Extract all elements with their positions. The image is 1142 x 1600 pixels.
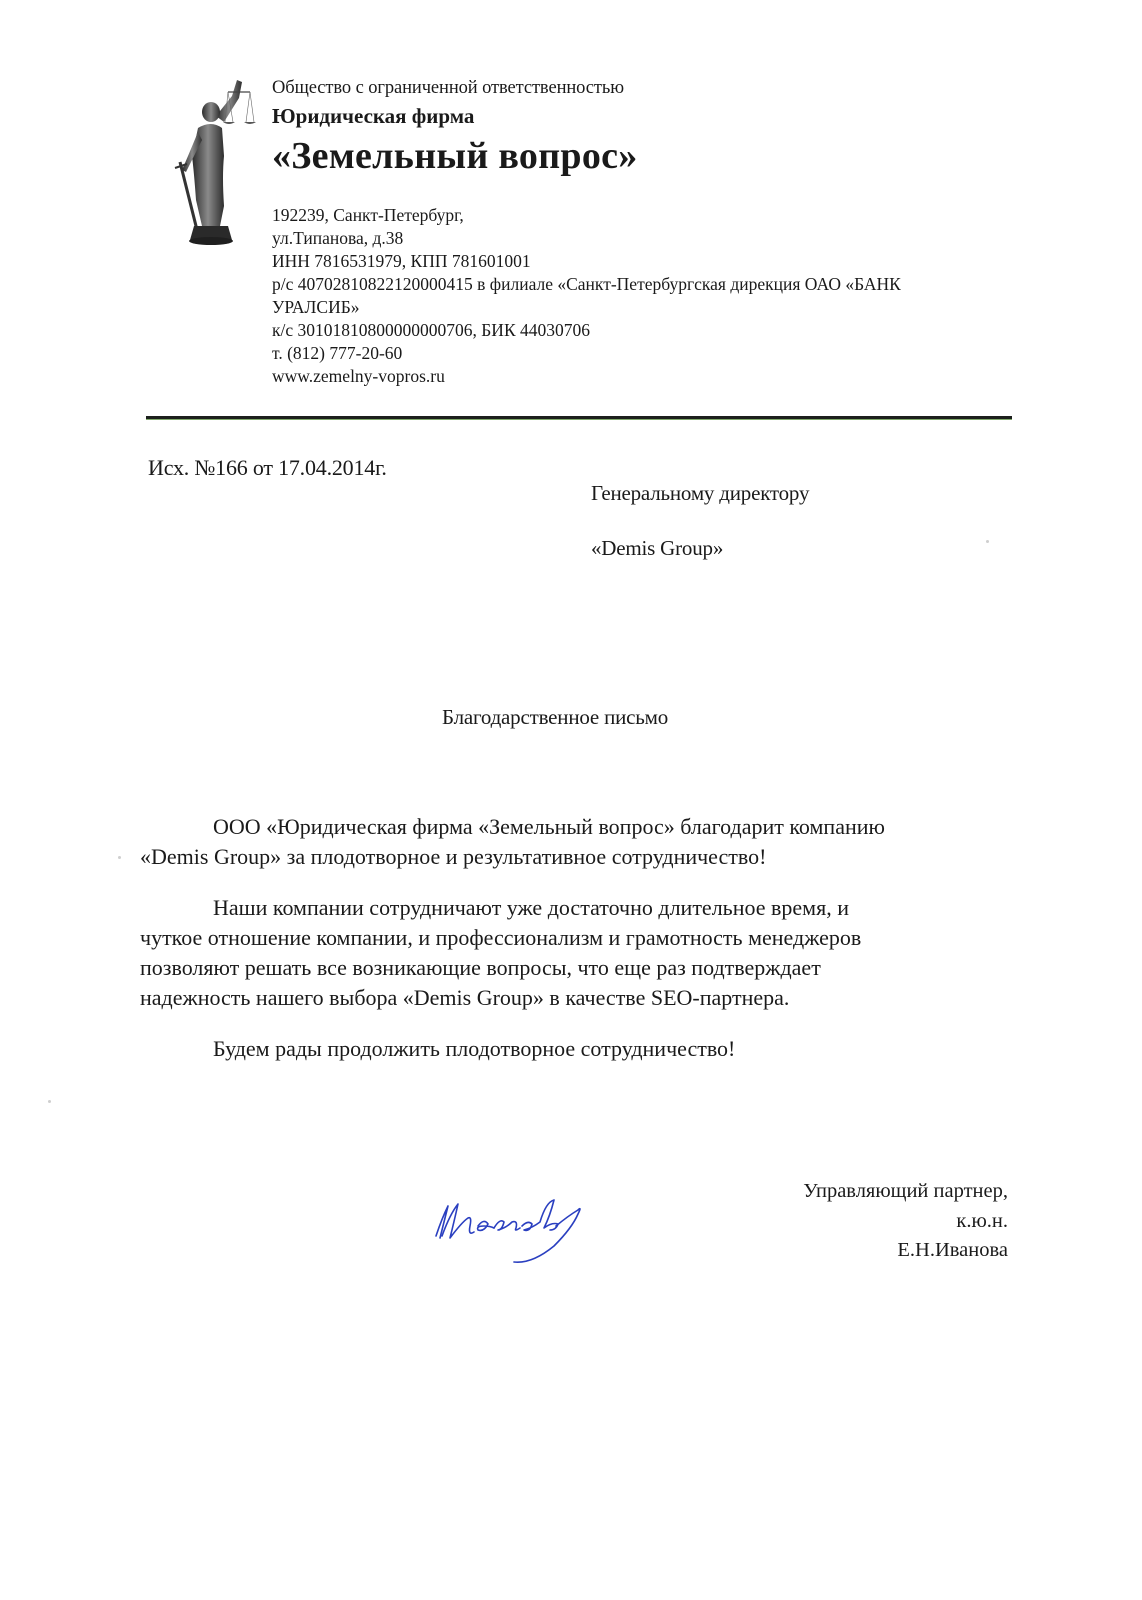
bank-name-line: УРАЛСИБ» — [272, 296, 360, 319]
address-line: 192239, Санкт-Петербург, — [272, 204, 464, 227]
signatory-degree: к.ю.н. — [956, 1210, 1008, 1233]
scan-speck — [986, 540, 989, 543]
corr-account-line: к/с 30101810800000000706, БИК 44030706 — [272, 319, 590, 342]
signatory-role: Управляющий партнер, — [803, 1180, 1008, 1203]
themis-statue-icon — [158, 76, 258, 246]
street-line: ул.Типанова, д.38 — [272, 227, 403, 250]
website-link[interactable]: www.zemelny-vopros.ru — [272, 365, 445, 388]
firm-type: Юридическая фирма — [272, 104, 474, 129]
phone-line: т. (812) 777-20-60 — [272, 342, 402, 365]
paragraph-thanks: ООО «Юридическая фирма «Земельный вопрос… — [140, 812, 1020, 872]
signatory-name: Е.Н.Иванова — [897, 1239, 1008, 1262]
paragraph-closing: Будем рады продолжить плодотворное сотру… — [140, 1034, 1020, 1064]
handwritten-signature-icon — [428, 1192, 608, 1264]
header-divider — [146, 416, 1012, 420]
paragraph-line: Наши компании сотрудничают уже достаточн… — [140, 893, 1020, 923]
scan-speck — [48, 1100, 51, 1103]
addressee-position: Генеральному директору — [591, 481, 809, 506]
letter-title: Благодарственное письмо — [442, 705, 668, 730]
org-legal-form: Общество с ограниченной ответственностью — [272, 78, 624, 99]
scan-speck — [118, 856, 121, 859]
firm-name: «Земельный вопрос» — [272, 134, 638, 178]
paragraph-line: «Demis Group» за плодотворное и результа… — [140, 842, 1020, 872]
inn-kpp-line: ИНН 7816531979, КПП 781601001 — [272, 250, 531, 273]
bank-account-line: р/с 40702810822120000415 в филиале «Санк… — [272, 273, 901, 296]
addressee-company: «Demis Group» — [591, 536, 723, 561]
outgoing-reference: Исх. №166 от 17.04.2014г. — [148, 455, 387, 481]
paragraph-line: ООО «Юридическая фирма «Земельный вопрос… — [140, 812, 1020, 842]
paragraph-line: Будем рады продолжить плодотворное сотру… — [140, 1034, 1020, 1064]
paragraph-cooperation: Наши компании сотрудничают уже достаточн… — [140, 893, 1020, 1013]
paragraph-line: надежность нашего выбора «Demis Group» в… — [140, 983, 1020, 1013]
paragraph-line: чуткое отношение компании, и профессиона… — [140, 923, 1020, 953]
paragraph-line: позволяют решать все возникающие вопросы… — [140, 953, 1020, 983]
